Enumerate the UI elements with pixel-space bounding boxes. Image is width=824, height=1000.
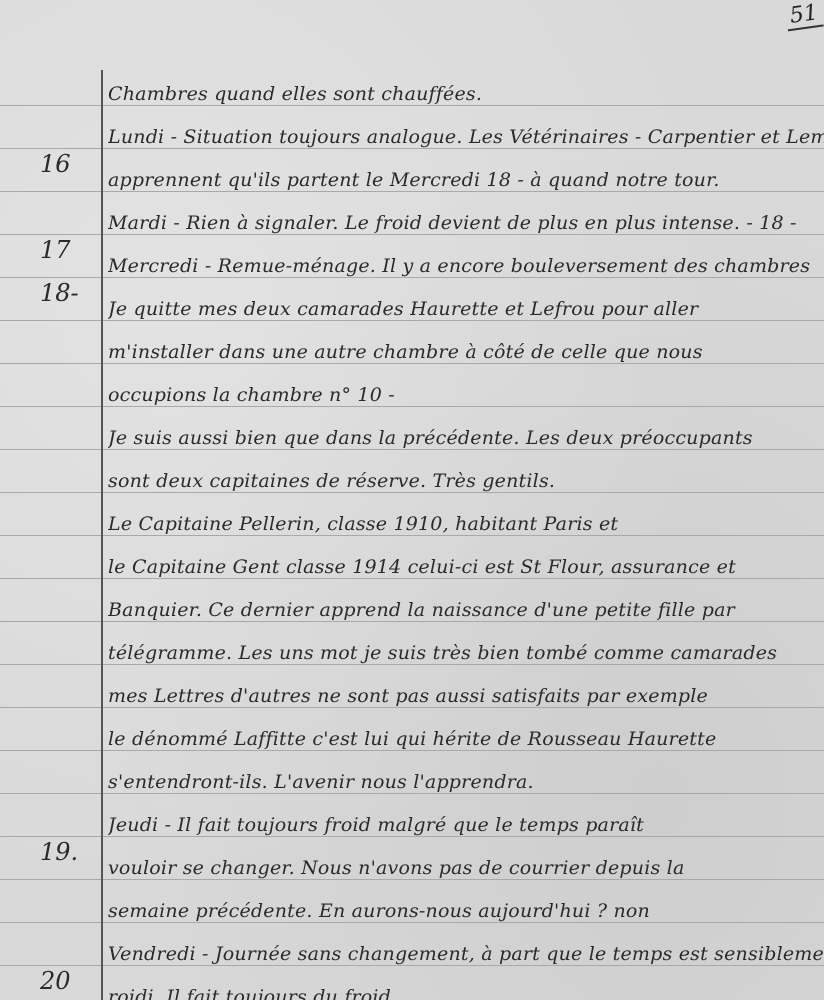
handwritten-line: mes Lettres d'autres ne sont pas aussi s… (108, 685, 824, 707)
handwritten-line: Lundi - Situation toujours analogue. Les… (108, 126, 824, 148)
margin-line (101, 70, 103, 1000)
rule-line (0, 836, 824, 837)
rule-line (0, 578, 824, 579)
rule-line (0, 492, 824, 493)
handwritten-line: Chambres quand elles sont chauffées. (108, 83, 824, 105)
rule-line (0, 707, 824, 708)
handwritten-line: Je quitte mes deux camarades Haurette et… (108, 298, 824, 320)
handwritten-line: le Capitaine Gent classe 1914 celui-ci e… (108, 556, 824, 578)
handwritten-line: Vendredi - Journée sans changement, à pa… (108, 943, 824, 965)
rule-line (0, 406, 824, 407)
rule-line (0, 234, 824, 235)
entry-date: 17 (40, 236, 96, 264)
handwritten-line: sont deux capitaines de réserve. Très ge… (108, 470, 824, 492)
entry-date: 16 (40, 150, 96, 178)
rule-line (0, 879, 824, 880)
handwritten-line: télégramme. Les uns mot je suis très bie… (108, 642, 824, 664)
handwritten-line: Mardi - Rien à signaler. Le froid devien… (108, 212, 824, 234)
handwritten-line: roidi. Il fait toujours du froid. (108, 986, 824, 1000)
rule-line (0, 750, 824, 751)
notebook-page: 51 Chambres quand elles sont chauffées.1… (0, 0, 824, 1000)
rule-line (0, 363, 824, 364)
rule-line (0, 965, 824, 966)
handwritten-line: apprennent qu'ils partent le Mercredi 18… (108, 169, 824, 191)
rule-line (0, 148, 824, 149)
rule-line (0, 621, 824, 622)
handwritten-line: Mercredi - Remue-ménage. Il y a encore b… (108, 255, 824, 277)
page-number: 51 (784, 0, 823, 31)
entry-date: 19. (40, 838, 96, 866)
rule-line (0, 277, 824, 278)
rule-line (0, 449, 824, 450)
handwritten-line: semaine précédente. En aurons-nous aujou… (108, 900, 824, 922)
rule-line (0, 105, 824, 106)
rule-line (0, 793, 824, 794)
handwritten-line: Banquier. Ce dernier apprend la naissanc… (108, 599, 824, 621)
handwritten-line: m'installer dans une autre chambre à côt… (108, 341, 824, 363)
handwritten-line: Je suis aussi bien que dans la précédent… (108, 427, 824, 449)
handwritten-line: s'entendront-ils. L'avenir nous l'appren… (108, 771, 824, 793)
rule-line (0, 320, 824, 321)
handwritten-line: vouloir se changer. Nous n'avons pas de … (108, 857, 824, 879)
rule-line (0, 664, 824, 665)
entry-date: 18- (40, 279, 96, 307)
handwritten-line: le dénommé Laffitte c'est lui qui hérite… (108, 728, 824, 750)
handwritten-line: occupions la chambre n° 10 - (108, 384, 824, 406)
rule-line (0, 191, 824, 192)
handwritten-line: Jeudi - Il fait toujours froid malgré qu… (108, 814, 824, 836)
entry-date: 20 (40, 967, 96, 995)
rule-line (0, 922, 824, 923)
handwritten-line: Le Capitaine Pellerin, classe 1910, habi… (108, 513, 824, 535)
rule-line (0, 535, 824, 536)
